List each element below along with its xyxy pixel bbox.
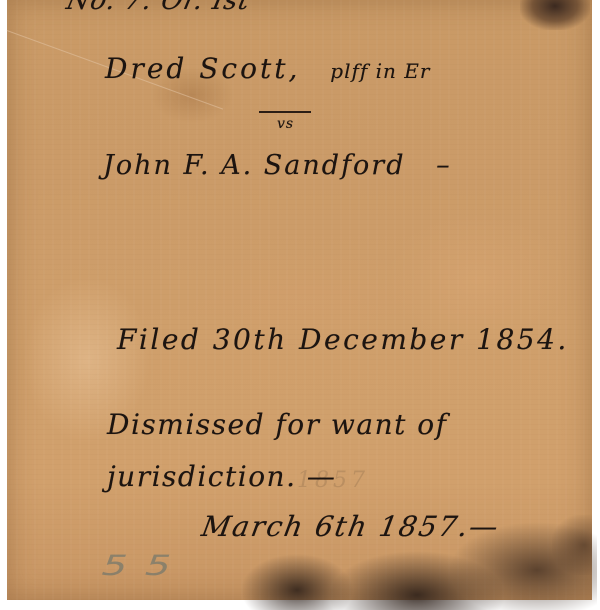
aged-paper: No. 7. Or. Ist Dred Scott, plff in Er vs… — [7, 0, 592, 600]
disposition-line-1: Dismissed for want of — [107, 408, 447, 441]
burn-stain-top-right — [520, 0, 590, 30]
document-page: No. 7. Or. Ist Dred Scott, plff in Er vs… — [0, 0, 600, 600]
plaintiff-role: plff in Er — [330, 59, 430, 83]
versus-label: vs — [277, 116, 294, 132]
disposition-line-2: jurisdiction. — — [107, 460, 336, 493]
defendant-name: John F. A. Sandford — [103, 150, 406, 181]
plaintiff-name: Dred Scott, — [105, 52, 300, 85]
defendant-line: John F. A. Sandford – — [103, 150, 452, 181]
defendant-dash: – — [436, 150, 452, 181]
plaintiff-line: Dred Scott, plff in Er — [105, 52, 430, 85]
pencil-notation: 55 — [96, 550, 195, 582]
case-number-line: No. 7. Or. Ist — [64, 0, 253, 16]
burn-stain-bottom — [217, 520, 597, 600]
filed-date-note: Filed 30th December 1854. — [117, 323, 569, 356]
